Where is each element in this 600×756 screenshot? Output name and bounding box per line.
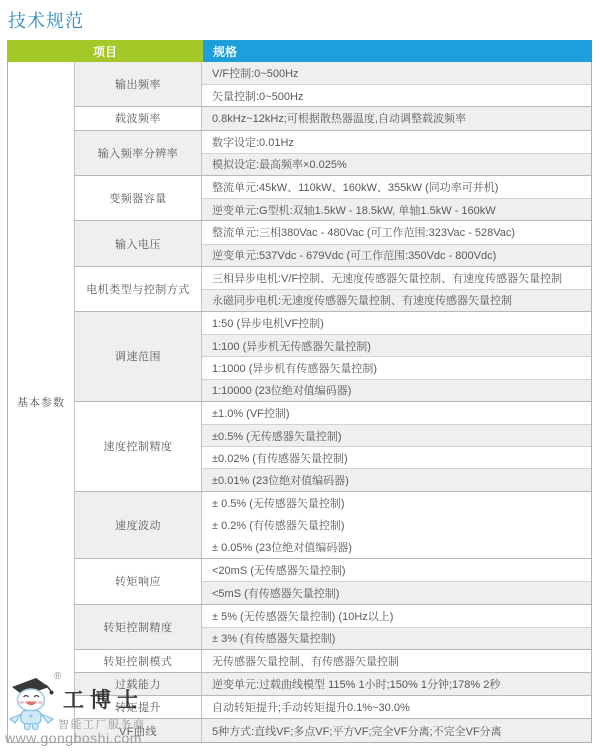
- page-title: 技术规范: [8, 7, 84, 33]
- spec-group: 输入频率分辨率数字设定:0.01Hz模拟设定:最高频率×0.025%: [75, 130, 591, 175]
- spec-value: 三相异步电机:V/F控制、无速度传感器矢量控制、有速度传感器矢量控制: [202, 267, 591, 289]
- spec-row-list: 逆变单元:过载曲线模型 115% 1小时;150% 1分钟;178% 2秒: [202, 673, 591, 695]
- spec-value: ±0.02% (有传感器矢量控制): [202, 446, 591, 468]
- brand-url: www.gongboshi.com: [5, 730, 142, 746]
- spec-value: ± 5% (无传感器矢量控制) (10Hz以上): [202, 605, 591, 627]
- spec-value: 整流单元:45kW、110kW、160kW、355kW (同功率可并机): [202, 176, 591, 198]
- spec-row-list: 数字设定:0.01Hz模拟设定:最高频率×0.025%: [202, 131, 591, 175]
- spec-value: 矢量控制:0~500Hz: [202, 84, 591, 106]
- spec-row-list: ± 5% (无传感器矢量控制) (10Hz以上)± 3% (有传感器矢量控制): [202, 605, 591, 649]
- spec-row-list: 1:50 (异步电机VF控制)1:100 (异步机无传感器矢量控制)1:1000…: [202, 312, 591, 401]
- spec-value: 逆变单元:G型机:双轴1.5kW - 18.5kW, 单轴1.5kW - 160…: [202, 198, 591, 220]
- spec-value: 模拟设定:最高频率×0.025%: [202, 153, 591, 175]
- spec-group: 输出频率V/F控制:0~500Hz矢量控制:0~500Hz: [75, 62, 591, 106]
- spec-row-list: 自动转矩提升;手动转矩提升0.1%~30.0%: [202, 696, 591, 718]
- spec-row-list: 0.8kHz~12kHz;可根据散热器温度,自动调整载波频率: [202, 107, 591, 129]
- spec-group: 速度控制精度±1.0% (VF控制)±0.5% (无传感器矢量控制)±0.02%…: [75, 401, 591, 491]
- table-body: 基本参数 输出频率V/F控制:0~500Hz矢量控制:0~500Hz载波频率0.…: [7, 62, 592, 743]
- spec-value: ±0.5% (无传感器矢量控制): [202, 424, 591, 446]
- spec-group-label: 速度控制精度: [75, 402, 202, 491]
- spec-group-label: 输入电压: [75, 221, 202, 265]
- spec-row-list: 5种方式:直线VF;多点VF;平方VF;完全VF分离;不完全VF分离: [202, 719, 591, 741]
- spec-value: 0.8kHz~12kHz;可根据散热器温度,自动调整载波频率: [202, 107, 591, 129]
- mascot-robot-icon: [7, 673, 59, 731]
- spec-value: 1:50 (异步电机VF控制): [202, 312, 591, 334]
- spec-group-label: 变频器容量: [75, 176, 202, 220]
- spec-groups: 输出频率V/F控制:0~500Hz矢量控制:0~500Hz载波频率0.8kHz~…: [75, 62, 591, 742]
- spec-group: 输入电压整流单元:三相380Vac - 480Vac (可工作范围:323Vac…: [75, 220, 591, 265]
- spec-value: <20mS (无传感器矢量控制): [202, 559, 591, 581]
- spec-row-list: <20mS (无传感器矢量控制)<5mS (有传感器矢量控制): [202, 559, 591, 603]
- spec-value: 1:10000 (23位绝对值编码器): [202, 379, 591, 401]
- spec-value: 逆变单元:过载曲线模型 115% 1小时;150% 1分钟;178% 2秒: [202, 673, 591, 695]
- spec-row-list: ± 0.5% (无传感器矢量控制)± 0.2% (有传感器矢量控制)± 0.05…: [202, 492, 591, 559]
- spec-value: ±1.0% (VF控制): [202, 402, 591, 424]
- spec-group: 转矩控制精度± 5% (无传感器矢量控制) (10Hz以上)± 3% (有传感器…: [75, 604, 591, 649]
- spec-value: 5种方式:直线VF;多点VF;平方VF;完全VF分离;不完全VF分离: [202, 719, 591, 741]
- spec-group-label: 转矩响应: [75, 559, 202, 603]
- spec-group: 转矩响应<20mS (无传感器矢量控制)<5mS (有传感器矢量控制): [75, 558, 591, 603]
- spec-value: V/F控制:0~500Hz: [202, 62, 591, 84]
- spec-row-list: 整流单元:三相380Vac - 480Vac (可工作范围:323Vac - 5…: [202, 221, 591, 265]
- spec-row-list: 三相异步电机:V/F控制、无速度传感器矢量控制、有速度传感器矢量控制永磁同步电机…: [202, 267, 591, 311]
- spec-value: ± 3% (有传感器矢量控制): [202, 627, 591, 649]
- spec-group-label: 电机类型与控制方式: [75, 267, 202, 311]
- spec-value: 整流单元:三相380Vac - 480Vac (可工作范围:323Vac - 5…: [202, 221, 591, 243]
- column-header-item: 项目: [7, 40, 203, 62]
- column-header-spec: 规格: [203, 40, 592, 62]
- spec-row-list: ±1.0% (VF控制)±0.5% (无传感器矢量控制)±0.02% (有传感器…: [202, 402, 591, 491]
- spec-group-label: 速度波动: [75, 492, 202, 559]
- spec-group: 调速范围1:50 (异步电机VF控制)1:100 (异步机无传感器矢量控制)1:…: [75, 311, 591, 401]
- spec-group: 转矩控制模式无传感器矢量控制、有传感器矢量控制: [75, 649, 591, 672]
- spec-value: 无传感器矢量控制、有传感器矢量控制: [202, 650, 591, 672]
- spec-group-label: 输出频率: [75, 62, 202, 106]
- watermark: ® 工博士 智能工厂服务商 www.gongboshi.com: [5, 671, 165, 753]
- spec-value: 自动转矩提升;手动转矩提升0.1%~30.0%: [202, 696, 591, 718]
- spec-value: <5mS (有传感器矢量控制): [202, 581, 591, 603]
- spec-group: 载波频率0.8kHz~12kHz;可根据散热器温度,自动调整载波频率: [75, 106, 591, 129]
- spec-group-label: 输入频率分辨率: [75, 131, 202, 175]
- spec-value: ± 0.5% (无传感器矢量控制): [202, 492, 591, 514]
- registered-trademark-symbol: ®: [54, 671, 61, 682]
- spec-value: ± 0.05% (23位绝对值编码器): [202, 536, 591, 558]
- spec-group: 电机类型与控制方式三相异步电机:V/F控制、无速度传感器矢量控制、有速度传感器矢…: [75, 266, 591, 311]
- spec-value: ±0.01% (23位绝对值编码器): [202, 468, 591, 490]
- spec-group-label: 调速范围: [75, 312, 202, 401]
- brand-name: 工博士: [63, 684, 144, 714]
- spec-table: 项目 规格 基本参数 输出频率V/F控制:0~500Hz矢量控制:0~500Hz…: [7, 40, 592, 743]
- spec-value: 数字设定:0.01Hz: [202, 131, 591, 153]
- spec-value: ± 0.2% (有传感器矢量控制): [202, 514, 591, 536]
- spec-value: 1:100 (异步机无传感器矢量控制): [202, 334, 591, 356]
- table-header-row: 项目 规格: [7, 40, 592, 62]
- spec-group-label: 转矩控制模式: [75, 650, 202, 672]
- spec-group: 变频器容量整流单元:45kW、110kW、160kW、355kW (同功率可并机…: [75, 175, 591, 220]
- spec-row-list: 无传感器矢量控制、有传感器矢量控制: [202, 650, 591, 672]
- spec-group-label: 转矩控制精度: [75, 605, 202, 649]
- spec-group: 速度波动± 0.5% (无传感器矢量控制)± 0.2% (有传感器矢量控制)± …: [75, 491, 591, 559]
- spec-value: 1:1000 (异步机有传感器矢量控制): [202, 356, 591, 378]
- spec-group-label: 载波频率: [75, 107, 202, 129]
- spec-value: 逆变单元:537Vdc - 679Vdc (可工作范围:350Vdc - 800…: [202, 244, 591, 266]
- category-cell: 基本参数: [8, 62, 75, 742]
- spec-row-list: V/F控制:0~500Hz矢量控制:0~500Hz: [202, 62, 591, 106]
- spec-row-list: 整流单元:45kW、110kW、160kW、355kW (同功率可并机)逆变单元…: [202, 176, 591, 220]
- spec-value: 永磁同步电机:无速度传感器矢量控制、有速度传感器矢量控制: [202, 289, 591, 311]
